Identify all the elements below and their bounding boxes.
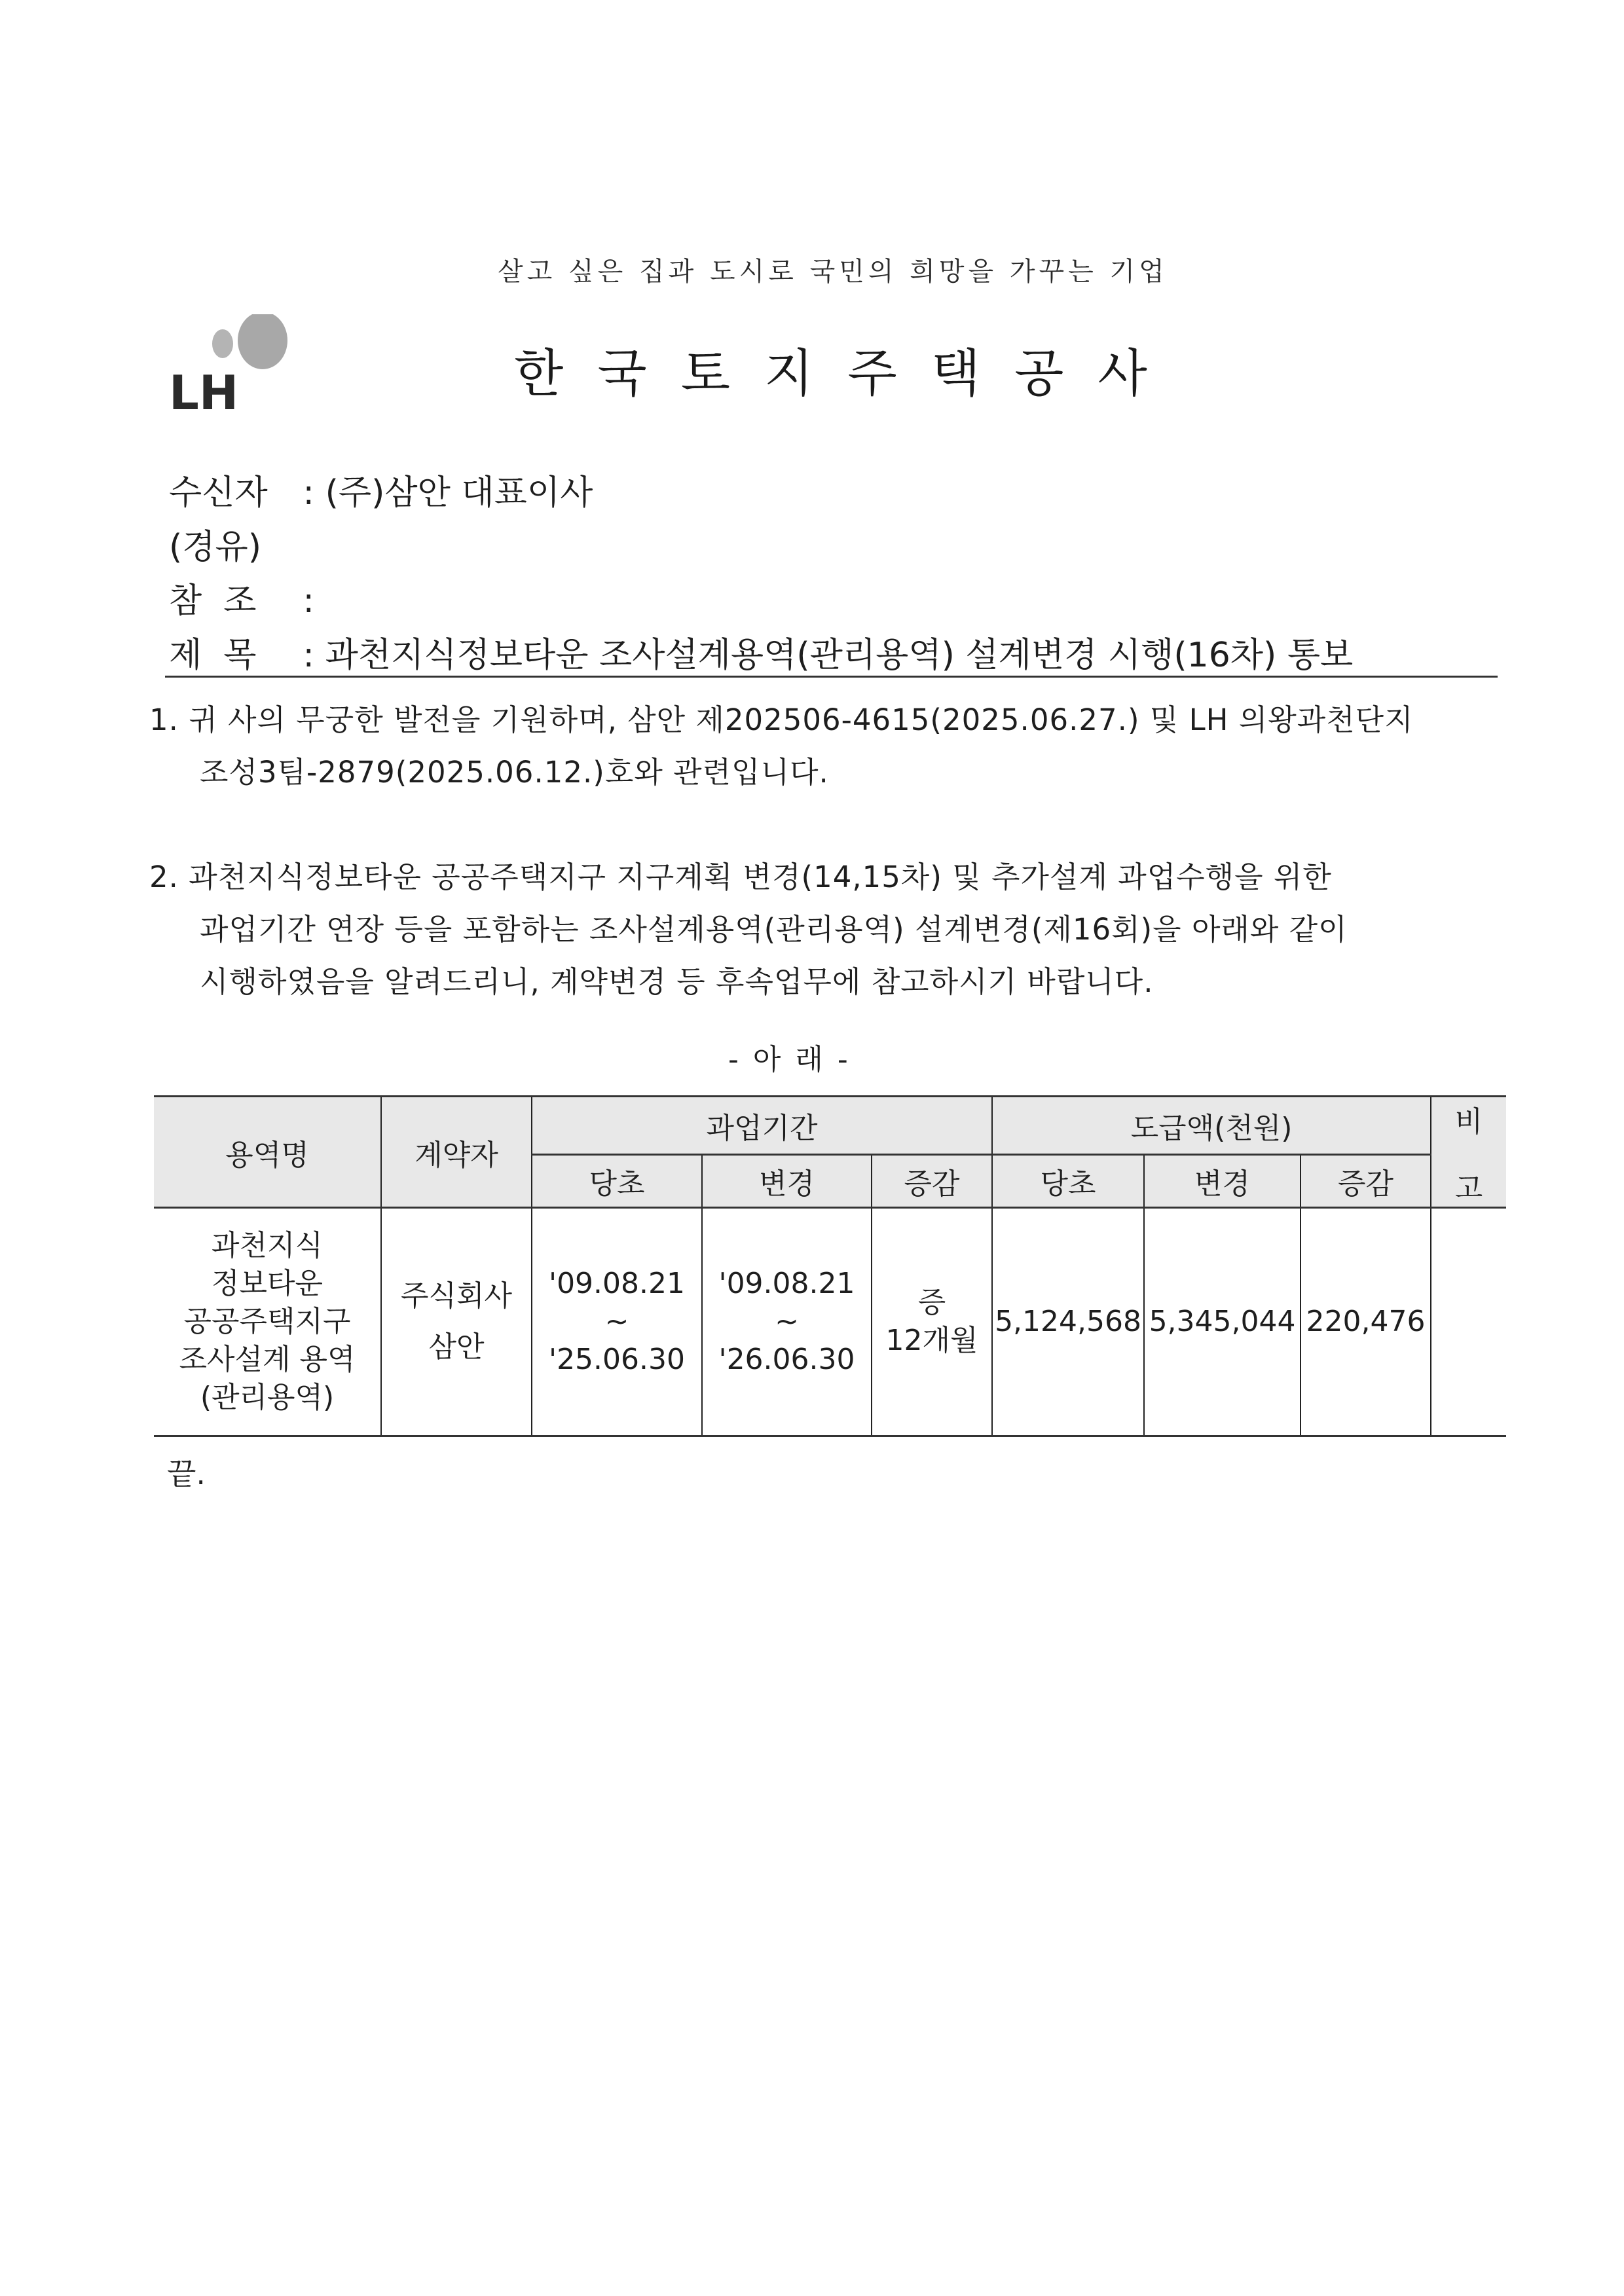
cell-period-diff: 증 12개월 — [872, 1208, 992, 1436]
period-start: '09.08.21 — [532, 1265, 701, 1303]
cell-amount-original: 5,124,568 — [992, 1208, 1144, 1436]
reference-label: 참 조 — [169, 573, 292, 622]
cell-amount-diff: 220,476 — [1301, 1208, 1431, 1436]
period-diff-line: 증 — [872, 1284, 991, 1322]
cell-remarks — [1431, 1208, 1506, 1436]
header-remarks-line-1: 비 — [1431, 1098, 1506, 1140]
cell-period-changed: '09.08.21 ~ '26.06.30 — [702, 1208, 872, 1436]
period-end: '25.06.30 — [532, 1341, 701, 1379]
cell-period-original: '09.08.21 ~ '25.06.30 — [532, 1208, 702, 1436]
header-remarks: 비 고 — [1431, 1097, 1506, 1208]
service-name-line: 과천지식 — [154, 1227, 380, 1265]
recipient-separator: : — [303, 473, 315, 513]
lh-logo-icon: LH — [169, 314, 320, 412]
end-mark: 끝. — [167, 1450, 206, 1493]
paragraph-2-line-1: 2. 과천지식정보타운 공공주택지구 지구계획 변경(14,15차) 및 추가설… — [149, 853, 1332, 896]
subject-value: 과천지식정보타운 조사설계용역(관리용역) 설계변경 시행(16차) 통보 — [325, 636, 1354, 675]
below-heading: - 아 래 - — [728, 1036, 851, 1078]
contractor-line: 삼안 — [382, 1328, 531, 1366]
via-label: (경유) — [169, 528, 261, 567]
paragraph-2-line-2: 과업기간 연장 등을 포함하는 조사설계용역(관리용역) 설계변경(제16회)을… — [200, 905, 1348, 948]
service-name-line: 공공주택지구 — [154, 1303, 380, 1341]
service-change-table: 용역명 계약자 과업기간 도급액(천원) 비 고 당초 변경 증감 당초 변경 … — [154, 1095, 1506, 1437]
header-amount: 도급액(천원) — [992, 1097, 1431, 1155]
header-period: 과업기간 — [532, 1097, 992, 1155]
subject-divider — [165, 676, 1498, 678]
table-row: 과천지식 정보타운 공공주택지구 조사설계 용역 (관리용역) 주식회사 삼안 … — [154, 1208, 1506, 1436]
header-amount-changed: 변경 — [1144, 1155, 1301, 1208]
paragraph-1-line-2: 조성3팀-2879(2025.06.12.)호와 관련입니다. — [200, 748, 829, 791]
period-diff-line: 12개월 — [872, 1322, 991, 1360]
cell-contractor: 주식회사 삼안 — [381, 1208, 532, 1436]
period-separator: ~ — [532, 1303, 701, 1341]
header-amount-original: 당초 — [992, 1155, 1144, 1208]
slogan: 살고 싶은 집과 도시로 국민의 희망을 가꾸는 기업 — [498, 251, 1168, 288]
header-period-changed: 변경 — [702, 1155, 872, 1208]
recipient-label: 수신자 — [169, 465, 292, 514]
reference-row: 참 조 : — [169, 573, 314, 622]
service-name-line: 조사설계 용역 — [154, 1341, 380, 1379]
cell-amount-changed: 5,345,044 — [1144, 1208, 1301, 1436]
header-period-original: 당초 — [532, 1155, 702, 1208]
period-end: '26.06.30 — [703, 1341, 871, 1379]
logo-text: LH — [169, 365, 238, 412]
service-name-line: (관리용역) — [154, 1379, 380, 1417]
header-remarks-line-2: 고 — [1431, 1165, 1506, 1207]
header-service-name: 용역명 — [154, 1097, 381, 1208]
reference-separator: : — [303, 581, 315, 621]
recipient-value: (주)삼안 대표이사 — [325, 473, 593, 513]
lh-logo: LH — [169, 314, 320, 412]
cell-service-name: 과천지식 정보타운 공공주택지구 조사설계 용역 (관리용역) — [154, 1208, 381, 1436]
subject-label: 제 목 — [169, 627, 292, 676]
via-row: (경유) — [169, 519, 261, 568]
subject-row: 제 목 : 과천지식정보타운 조사설계용역(관리용역) 설계변경 시행(16차)… — [169, 627, 1353, 676]
period-separator: ~ — [703, 1303, 871, 1341]
period-start: '09.08.21 — [703, 1265, 871, 1303]
organization-name: 한국토지주택공사 — [514, 333, 1181, 406]
subject-separator: : — [303, 636, 315, 675]
recipient-row: 수신자 : (주)삼안 대표이사 — [169, 465, 593, 514]
paragraph-2-line-3: 시행하였음을 알려드리니, 계약변경 등 후속업무에 참고하시기 바랍니다. — [200, 958, 1154, 1000]
header-period-diff: 증감 — [872, 1155, 992, 1208]
header-contractor: 계약자 — [381, 1097, 532, 1208]
header-amount-diff: 증감 — [1301, 1155, 1431, 1208]
service-name-line: 정보타운 — [154, 1265, 380, 1303]
paragraph-1-line-1: 1. 귀 사의 무궁한 발전을 기원하며, 삼안 제202506-4615(20… — [149, 696, 1414, 738]
contractor-line: 주식회사 — [382, 1277, 531, 1315]
